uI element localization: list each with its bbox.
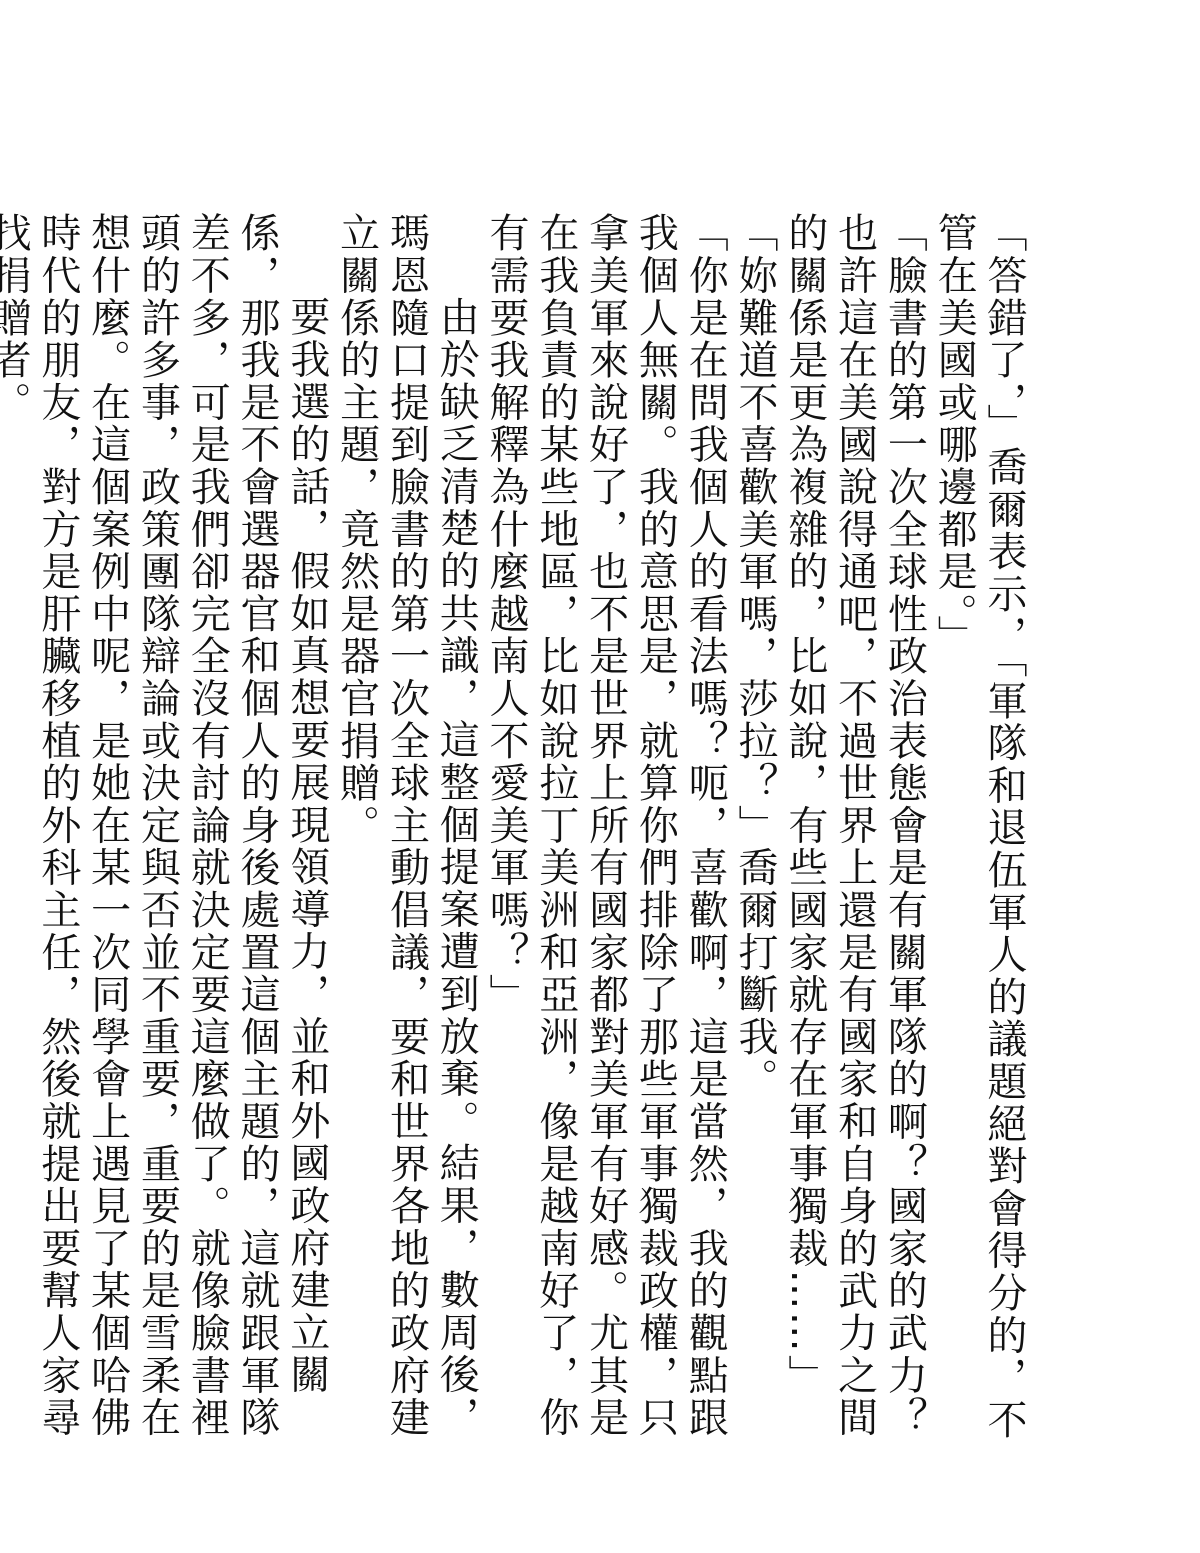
vertical-text-page: 「答錯了，」喬爾表示，「軍隊和退伍軍人的議題絕對會得分的，不管在美國或哪邊都是。…: [0, 212, 1028, 1442]
paragraph: 「妳難道不喜歡美軍嗎，莎拉？」喬爾打斷我。: [729, 212, 779, 1442]
paragraph: 「答錯了，」喬爾表示，「軍隊和退伍軍人的議題絕對會得分的，不管在美國或哪邊都是。…: [928, 212, 1028, 1442]
paragraph: 「你是在問我個人的看法嗎？呃，喜歡啊，這是當然，我的觀點跟我個人無關。我的意思是…: [480, 212, 729, 1442]
paragraph: 由於缺乏清楚的共識，這整個提案遭到放棄。結果，數周後，瑪恩隨口提到臉書的第一次全…: [331, 212, 480, 1442]
paragraph: 「臉書的第一次全球性政治表態會是有關軍隊的啊？國家的武力？也許這在美國說得通吧，…: [779, 212, 928, 1442]
paragraph: 要我選的話，假如真想要展現領導力，並和外國政府建立關係，那我是不會選器官和個人的…: [0, 212, 331, 1442]
